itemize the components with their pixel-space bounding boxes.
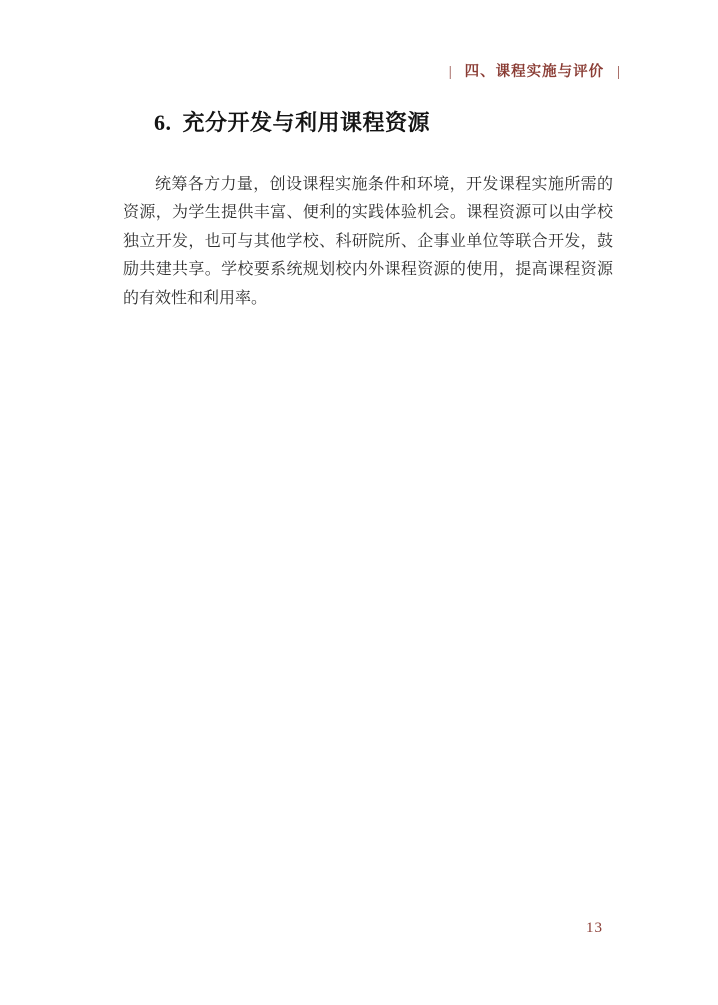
paragraph-line: 独立开发，也可与其他学校、科研院所、企事业单位等联合开发，鼓 <box>123 228 613 256</box>
paragraph-line: 励共建共享。学校要系统规划校内外课程资源的使用，提高课程资源 <box>123 256 613 284</box>
paragraph-line: 资源，为学生提供丰富、便利的实践体验机会。课程资源可以由学校 <box>123 199 613 227</box>
section-title: 充分开发与利用课程资源 <box>183 110 431 135</box>
document-page: | 四、课程实施与评价 | 6.充分开发与利用课程资源 统筹各方力量，创设课程实… <box>0 0 718 1005</box>
paragraph-line: 统筹各方力量，创设课程实施条件和环境，开发课程实施所需的 <box>123 171 613 199</box>
running-head-right-bar: | <box>617 63 620 82</box>
running-head-left-bar: | <box>449 63 452 82</box>
page-number: 13 <box>586 918 603 938</box>
paragraph-line: 的有效性和利用率。 <box>123 285 613 313</box>
section-number: 6. <box>154 110 172 135</box>
running-head: | 四、课程实施与评价 | <box>449 63 620 81</box>
body-paragraph: 统筹各方力量，创设课程实施条件和环境，开发课程实施所需的 资源，为学生提供丰富、… <box>123 171 613 313</box>
section-heading: 6.充分开发与利用课程资源 <box>154 107 430 139</box>
running-head-title: 四、课程实施与评价 <box>465 63 605 81</box>
